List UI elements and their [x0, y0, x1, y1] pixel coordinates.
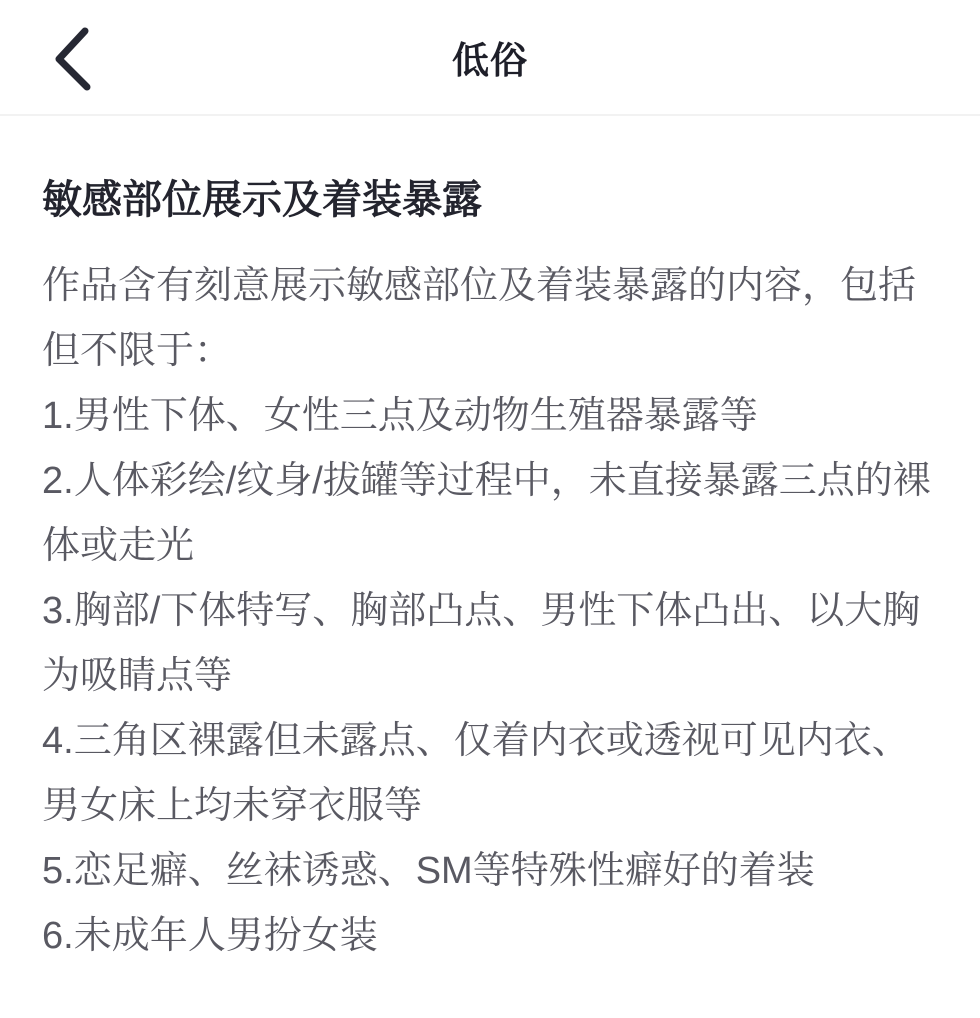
list-item: 5.恋足癖、丝袜诱惑、SM等特殊性癖好的着装 — [42, 839, 942, 904]
section-title: 敏感部位展示及着装暴露 — [42, 172, 942, 228]
page-title: 低俗 — [0, 0, 980, 114]
list-item: 6.未成年人男扮女装 — [42, 904, 942, 969]
content-area: 敏感部位展示及着装暴露 作品含有刻意展示敏感部位及着装暴露的内容，包括但不限于：… — [0, 172, 980, 969]
list-item: 4.三角区裸露但未露点、仅着内衣或透视可见内衣、男女床上均未穿衣服等 — [42, 709, 942, 839]
list-item: 1.男性下体、女性三点及动物生殖器暴露等 — [42, 384, 942, 449]
list-item: 3.胸部/下体特写、胸部凸点、男性下体凸出、以大胸为吸睛点等 — [42, 579, 942, 709]
header: 低俗 — [0, 0, 980, 114]
list-item: 2.人体彩绘/纹身/拔罐等过程中，未直接暴露三点的裸体或走光 — [42, 449, 942, 579]
policy-text: 作品含有刻意展示敏感部位及着装暴露的内容，包括但不限于： 1.男性下体、女性三点… — [42, 254, 942, 969]
intro-text: 作品含有刻意展示敏感部位及着装暴露的内容，包括但不限于： — [42, 254, 942, 384]
vulgar-content-policy-page: 低俗 敏感部位展示及着装暴露 作品含有刻意展示敏感部位及着装暴露的内容，包括但不… — [0, 0, 980, 1018]
header-divider — [0, 114, 980, 116]
